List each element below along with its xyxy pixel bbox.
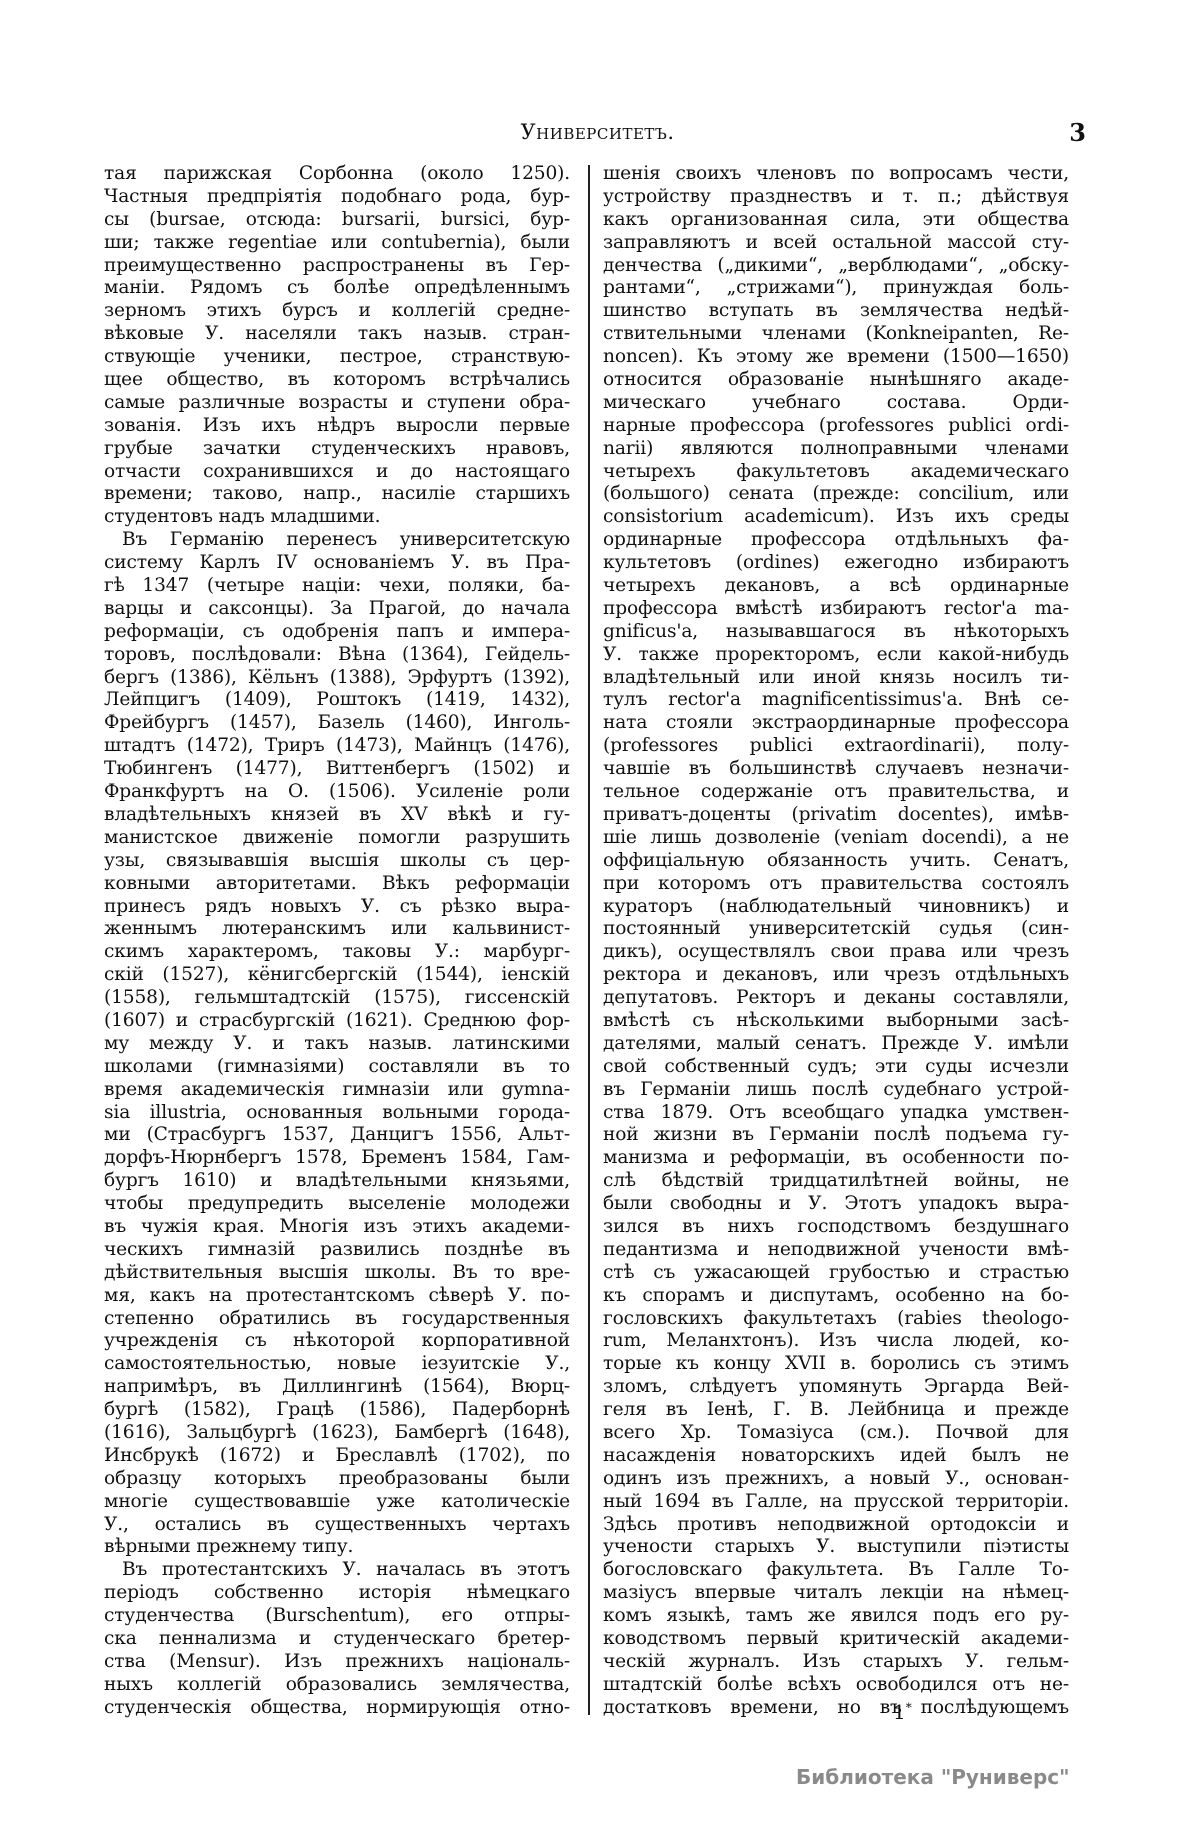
text-line: самые различные возрасты и ступени обра- [104, 392, 570, 415]
text-line: геля въ Іенѣ, Г. В. Лейбница и прежде [603, 1399, 1069, 1422]
text-line: ковными авторитетами. Вѣкъ реформаціи [104, 873, 570, 896]
text-line: сы (bursae, отсюда: bursarii, bursici, б… [104, 209, 570, 232]
text-line: тельное содержаніе отъ правительства, и [603, 781, 1069, 804]
text-line: Франкфуртъ на О. (1506). Усиленіе роли [104, 781, 570, 804]
text-line: ши; также regentiae или contubernia), бы… [104, 232, 570, 255]
text-line: зился въ нихъ господствомъ бездушнаго [603, 1216, 1069, 1239]
text-line: грубые зачатки студенческихъ нравовъ, [104, 438, 570, 461]
text-line: устройству празднествъ и т. п.; дѣйствуя [603, 186, 1069, 209]
text-line: скимъ характеромъ, таковы У.: марбург- [104, 941, 570, 964]
text-line: ми (Страсбургъ 1537, Данцигъ 1556, Альт- [104, 1124, 570, 1147]
text-line: манистское движеніе помогли разрушить [104, 827, 570, 850]
text-line: четырехъ факультетовъ академическаго [603, 461, 1069, 484]
text-line: ната стояли экстраординарные профессора [603, 712, 1069, 735]
text-line: приватъ-доценты (privatim docentes), имѣ… [603, 804, 1069, 827]
text-line: (1616), Зальцбургѣ (1623), Бамбергѣ (164… [104, 1422, 570, 1445]
text-line: шинство вступать въ землячества недѣй- [603, 300, 1069, 323]
page-number: 3 [1069, 118, 1086, 147]
text-line: варцы и саксонцы). За Прагой, до начала [104, 598, 570, 621]
text-line: преимущественно распространены въ Гер- [104, 255, 570, 278]
text-line: щее общество, въ которомъ встрѣчались [104, 369, 570, 392]
text-line: узы, связывавшія высшія школы съ цер- [104, 850, 570, 873]
text-line: одинъ изъ прежнихъ, а новый У., основан- [603, 1468, 1069, 1491]
text-line: Тюбингенъ (1477), Виттенбергъ (1502) и [104, 758, 570, 781]
text-line: зерномъ этихъ бурсъ и коллегій средне- [104, 300, 570, 323]
text-line: (1558), гельмштадтскій (1575), гиссенскі… [104, 987, 570, 1010]
text-line: гѣ 1347 (четыре націи: чехи, поляки, ба- [104, 575, 570, 598]
text-line: школами (гимназіями) составляли въ то [104, 1056, 570, 1079]
signature-number: 1 [893, 1700, 906, 1724]
page-title: Университетъ. [0, 120, 1195, 144]
text-line: реформаціи, съ одобренія папъ и импера- [104, 621, 570, 644]
text-line: нарные профессора (professores publici o… [603, 415, 1069, 438]
text-line: Лейпцигъ (1409), Роштокъ (1419, 1432), [104, 689, 570, 712]
text-line: sia illustria, основанныя вольными город… [104, 1102, 570, 1125]
column-divider [588, 165, 590, 1715]
text-line: оффиціальную обязанность учить. Сенатъ, [603, 850, 1069, 873]
text-line: многіе существовавшіе уже католическіе [104, 1491, 570, 1514]
running-header: Университетъ. 3 [0, 112, 1195, 152]
text-line: систему Карлъ IV основаніемъ У. въ Пра- [104, 552, 570, 575]
text-line: чавшіе въ большинствѣ случаевъ незначи- [603, 758, 1069, 781]
text-line: Въ Германію перенесъ университетскую [104, 529, 570, 552]
text-line: ства 1879. Отъ всеобщаго упадка умствен- [603, 1102, 1069, 1125]
text-line: скій (1527), кёнигсбергскій (1544), іенс… [104, 964, 570, 987]
text-line: У., остались въ существенныхъ чертахъ [104, 1514, 570, 1537]
text-line: насажденія новаторскихъ идей былъ не [603, 1445, 1069, 1468]
text-line: ческихъ гимназій развились позднѣе въ [104, 1239, 570, 1262]
text-line: ска пеннализма и студенческаго бретер- [104, 1628, 570, 1651]
text-line: заправляютъ и всей остальной массой сту- [603, 232, 1069, 255]
text-line: ныхъ коллегій образовались землячества, [104, 1674, 570, 1697]
text-line: образцу которыхъ преобразованы были [104, 1468, 570, 1491]
text-line: въ Германіи лишь послѣ судебнаго устрой- [603, 1079, 1069, 1102]
text-line: ординарные профессора отдѣльныхъ фа- [603, 529, 1069, 552]
text-line: (1607) и страсбургскій (1621). Среднюю ф… [104, 1010, 570, 1033]
text-line: четырехъ декановъ, а всѣ ординарные [603, 575, 1069, 598]
left-text-column: тая парижская Сорбонна (около 1250).Част… [104, 163, 570, 1720]
text-line: гословскихъ факультетахъ (rabies theolog… [603, 1308, 1069, 1331]
text-line: кураторъ (наблюдательный чиновникъ) и [603, 896, 1069, 919]
text-line: отчасти сохранившихся и до настоящаго [104, 461, 570, 484]
text-line: депутатовъ. Ректоръ и деканы составляли, [603, 987, 1069, 1010]
text-line: время академическія гимназіи или gymna- [104, 1079, 570, 1102]
text-line: при которомъ отъ правительства состоялъ [603, 873, 1069, 896]
text-line: ческій журналъ. Изъ старыхъ У. гельм- [603, 1651, 1069, 1674]
text-line: къ спорамъ и диспутамъ, особенно на бо- [603, 1285, 1069, 1308]
text-line: принесъ рядъ новыхъ У. съ рѣзко выра- [104, 896, 570, 919]
text-line: Здѣсь противъ неподвижной ортодоксіи и [603, 1514, 1069, 1537]
text-line: періодъ собственно исторія нѣмецкаго [104, 1582, 570, 1605]
text-line: вмѣстѣ съ нѣсколькими выборными засѣ- [603, 1010, 1069, 1033]
text-line: ный 1694 въ Галле, на прусской территорі… [603, 1491, 1069, 1514]
text-line: бургъ 1610) и владѣтельными князьями, [104, 1170, 570, 1193]
text-line: ной жизни въ Германіи послѣ подъема гу- [603, 1124, 1069, 1147]
right-text-column: шенія своихъ членовъ по вопросамъ чести,… [603, 163, 1069, 1720]
text-line: денчества („дикими“, „верблюдами“, „обск… [603, 255, 1069, 278]
text-line: женнымъ лютеранскимъ или кальвинист- [104, 918, 570, 941]
text-line: ства (Mensur). Изъ прежнихъ національ- [104, 1651, 570, 1674]
text-line: напримѣръ, въ Диллингинѣ (1564), Вюрц- [104, 1376, 570, 1399]
text-line: постоянный университетскій судья (син- [603, 918, 1069, 941]
text-line: самостоятельностью, новые іезуитскіе У., [104, 1353, 570, 1376]
text-line: ствительными членами (Konkneipanten, Re- [603, 323, 1069, 346]
text-line: относится образованіе нынѣшняго акаде- [603, 369, 1069, 392]
library-watermark: Библиотека "Руниверс" [796, 1765, 1070, 1789]
text-line: тулъ rector'a magnificentissimus'a. Внѣ … [603, 689, 1069, 712]
text-line: манизма и реформаціи, въ особенности по- [603, 1147, 1069, 1170]
text-line: Инсбрукѣ (1672) и Бреславлѣ (1702), по [104, 1445, 570, 1468]
text-line: бургѣ (1582), Грацѣ (1586), Падерборнѣ [104, 1399, 570, 1422]
text-line: времени; таково, напр., насиліе старшихъ [104, 483, 570, 506]
text-line: педантизма и неподвижной учености вмѣ- [603, 1239, 1069, 1262]
text-line: мя, какъ на протестантскомъ сѣверѣ У. по… [104, 1285, 570, 1308]
text-line: вѣковые У. населяли такъ назыв. стран- [104, 323, 570, 346]
text-line: Въ протестантскихъ У. началась въ этотъ [104, 1559, 570, 1582]
text-line: штадтъ (1472), Триръ (1473), Майнцъ (147… [104, 735, 570, 758]
text-line: шіе лишь дозволеніе (veniam docendi), а … [603, 827, 1069, 850]
text-line: учености старыхъ У. выступили піэтисты [603, 1536, 1069, 1559]
text-line: дѣйствительныя высшія школы. Въ то вре- [104, 1262, 570, 1285]
text-line: торовъ, послѣдовали: Вѣна (1364), Гейдел… [104, 644, 570, 667]
text-line: (большого) сената (прежде: concilium, ил… [603, 483, 1069, 506]
text-line: зованія. Изъ ихъ нѣдръ выросли первые [104, 415, 570, 438]
text-line: бергъ (1386), Кёльнъ (1388), Эрфуртъ (13… [104, 667, 570, 690]
text-line: свой собственный судъ; эти суды исчезли [603, 1056, 1069, 1079]
text-line: достатковъ времени, но въ послѣдующемъ [603, 1697, 1069, 1720]
text-line: степенно обратились въ государственныя [104, 1308, 570, 1331]
text-line: У. также проректоромъ, если какой-нибудь [603, 644, 1069, 667]
text-line: студенчества (Burschentum), его отпры- [104, 1605, 570, 1628]
text-line: чтобы предупредить выселеніе молодежи [104, 1193, 570, 1216]
signature-star: * [906, 1700, 912, 1714]
text-line: маніи. Рядомъ съ болѣе опредѣленнымъ [104, 277, 570, 300]
text-line: Фрейбургъ (1457), Базель (1460), Инголь- [104, 712, 570, 735]
text-line: ректора и декановъ, или чрезъ отдѣльныхъ [603, 964, 1069, 987]
text-line: зломъ, слѣдуетъ упомянуть Эргарда Вей- [603, 1376, 1069, 1399]
text-line: комъ языкѣ, тамъ же явился подъ его ру- [603, 1605, 1069, 1628]
text-line: штадтскій болѣе всѣхъ освободился отъ не… [603, 1674, 1069, 1697]
text-line: богословскаго факультета. Въ Галле То- [603, 1559, 1069, 1582]
signature-mark: 1* [893, 1700, 912, 1724]
text-line: noncen). Къ этому же времени (1500—1650) [603, 346, 1069, 369]
text-line: культетовъ (ordines) ежегодно избираютъ [603, 552, 1069, 575]
text-line: вѣрными прежнему типу. [104, 1536, 570, 1559]
text-line: rum, Меланхтонъ). Изъ числа людей, ко- [603, 1330, 1069, 1353]
text-line: владѣтельныхъ князей въ XV вѣкѣ и гу- [104, 804, 570, 827]
text-line: были свободны и У. Этотъ упадокъ выра- [603, 1193, 1069, 1216]
text-line: дикъ), осуществлялъ свои права или чрезъ [603, 941, 1069, 964]
text-line: мазіусъ впервые читалъ лекціи на нѣмец- [603, 1582, 1069, 1605]
text-line: слѣ бѣдствій тридцатилѣтней войны, не [603, 1170, 1069, 1193]
text-line: дорфъ-Нюрнбергъ 1578, Бременъ 1584, Гам- [104, 1147, 570, 1170]
text-line: consistorium academicum). Изъ ихъ среды [603, 506, 1069, 529]
text-line: тая парижская Сорбонна (около 1250). [104, 163, 570, 186]
text-line: (professores publici extraordinarii), по… [603, 735, 1069, 758]
text-line: narii) являются полноправными членами [603, 438, 1069, 461]
text-line: дателями, малый сенатъ. Прежде У. имѣли [603, 1033, 1069, 1056]
text-line: ководствомъ первый критическій академи- [603, 1628, 1069, 1651]
text-line: въ чужія края. Многія изъ этихъ академи- [104, 1216, 570, 1239]
text-line: студенческія общества, нормирующія отно- [104, 1697, 570, 1720]
text-line: профессора вмѣстѣ избираютъ rector'a ma- [603, 598, 1069, 621]
text-line: Частныя предпріятія подобнаго рода, бур- [104, 186, 570, 209]
text-line: студентовъ надъ младшими. [104, 506, 570, 529]
text-line: учрежденія съ нѣкоторой корпоративной [104, 1330, 570, 1353]
text-line: стѣ съ ужасающей грубостью и страстью [603, 1262, 1069, 1285]
text-line: торые къ концу XVII в. боролись съ этимъ [603, 1353, 1069, 1376]
text-line: шенія своихъ членовъ по вопросамъ чести, [603, 163, 1069, 186]
text-line: gnificus'a, называвшагося въ нѣкоторыхъ [603, 621, 1069, 644]
text-line: ствующіе ученики, пестрое, странствую- [104, 346, 570, 369]
text-line: му между У. и такъ назыв. латинскими [104, 1033, 570, 1056]
text-line: владѣтельный или иной князь носилъ ти- [603, 667, 1069, 690]
text-line: рантами“, „стрижами“), принуждая боль- [603, 277, 1069, 300]
text-line: какъ организованная сила, эти общества [603, 209, 1069, 232]
text-line: всего Хр. Томазіуса (см.). Почвой для [603, 1422, 1069, 1445]
text-line: мическаго учебнаго состава. Орди- [603, 392, 1069, 415]
